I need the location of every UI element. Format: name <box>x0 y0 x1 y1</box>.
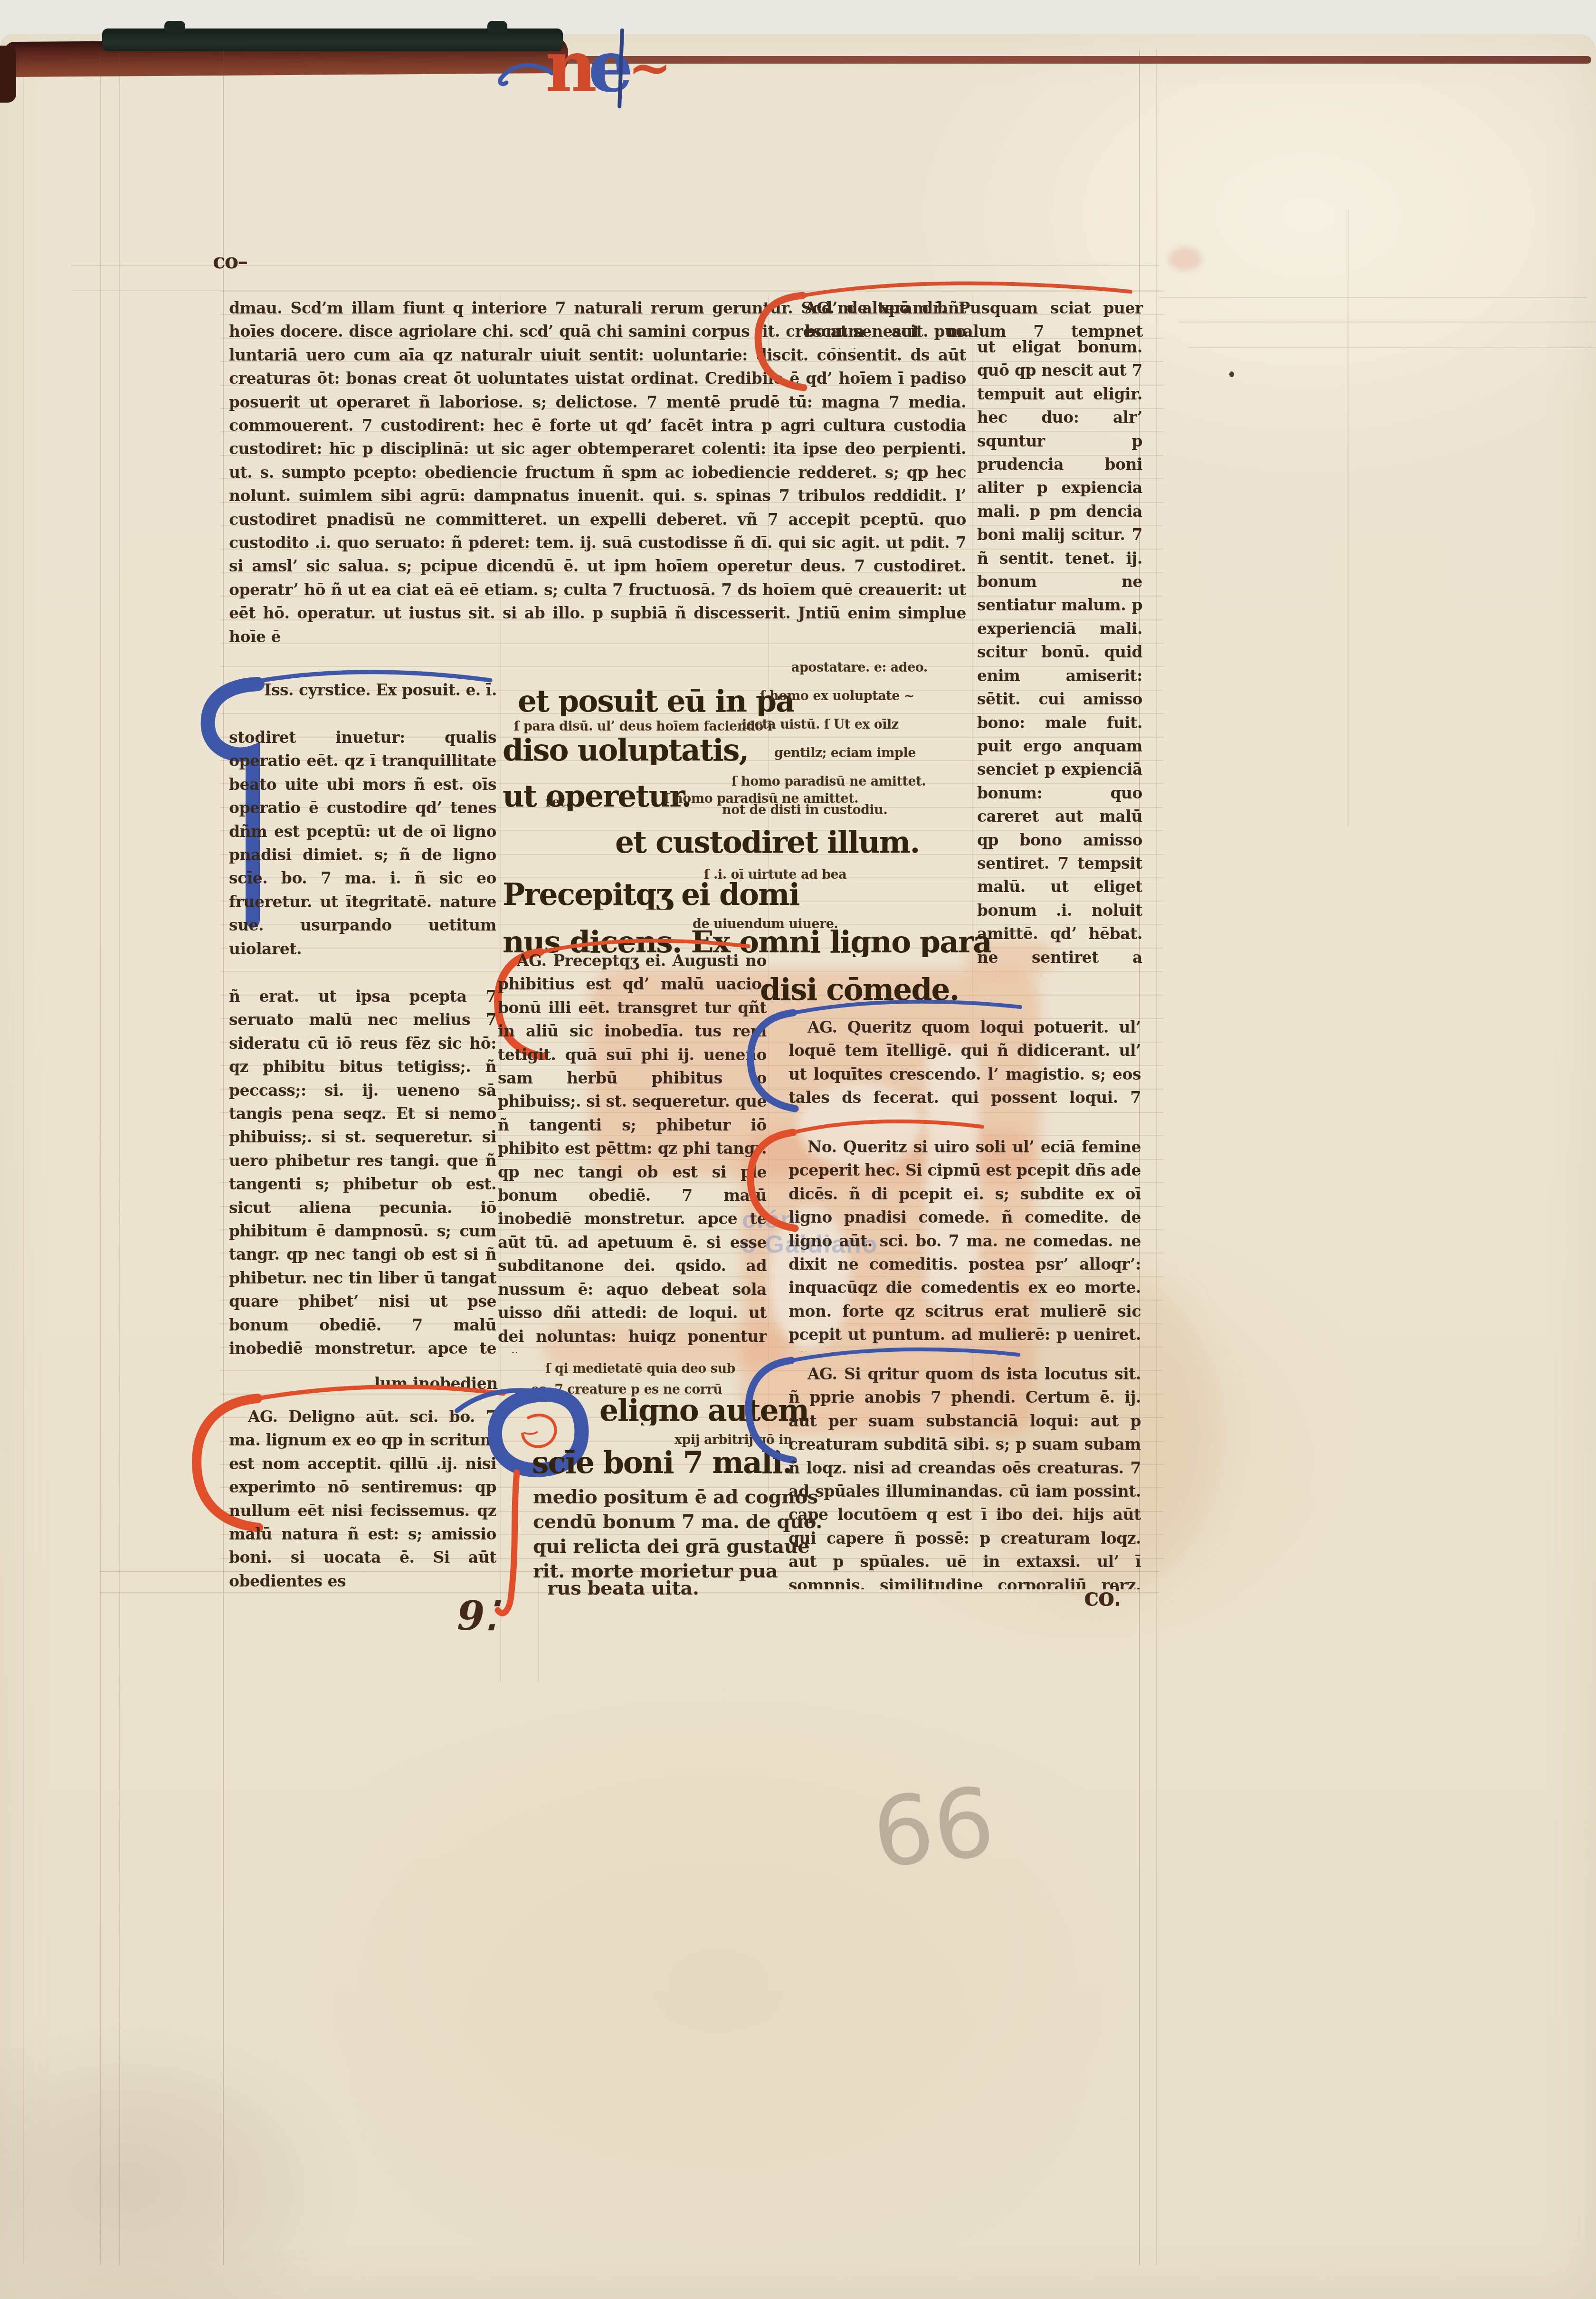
center-commentary: AG. Preceptqʒ ei. Augusti no phibitius e… <box>498 949 767 1353</box>
interlinear-gloss: apostatare. e: adeo. <box>791 661 928 674</box>
interlinear-gloss: ſ homo paradisū ne amittet. <box>731 775 926 788</box>
lemma-line-small: qui relicta dei grā gustaue <box>533 1535 809 1558</box>
interlinear-gloss: ſ .i. oī uirtute ad bea <box>704 868 846 881</box>
binding-nub-left <box>164 21 185 33</box>
lemma-line-small: cendū bonum 7 ma. de quo. <box>533 1510 822 1533</box>
frame-line <box>100 52 101 2265</box>
binding-edge-line <box>560 56 1591 64</box>
lemma-line-small: medio positum ē ad cognos <box>533 1486 818 1508</box>
interlinear-gloss: gentilz; eciam imple <box>774 747 916 760</box>
interlinear-gloss: not de disti in custodiu. <box>722 804 887 817</box>
frame-line <box>1348 209 1349 826</box>
frame-line <box>1187 347 1596 348</box>
lemma-line: et posuit eū in pa <box>518 686 794 716</box>
running-header-letter-blue: e <box>588 25 633 108</box>
frame-line <box>1178 322 1596 323</box>
running-header-flourish-right: ~ <box>628 37 672 98</box>
frame-line <box>223 50 224 2265</box>
left-column-paragraph-2: ñ erat. ut ipsa pcepta 7 seruato malū ne… <box>229 985 496 1365</box>
ink-fleck <box>1229 371 1234 377</box>
lemma-line-small: rus beata uita. <box>547 1577 699 1599</box>
interlinear-gloss: iecta uistū. ſ Ut ex oīlz <box>742 718 899 731</box>
pencil-folio-number: 66 <box>868 1767 999 1889</box>
frame-line <box>23 57 24 2265</box>
right-column-paragraph-3: No. Queritz si uiro soli ul’ eciā femine… <box>788 1135 1141 1351</box>
left-column-paragraph-1: stodiret inuetur: qualis operatio eēt. q… <box>229 726 496 985</box>
frame-line <box>1156 50 1157 2265</box>
quire-mark-top-left: co– <box>213 249 247 274</box>
lemma-line: ut operetur. <box>503 781 691 811</box>
frame-line <box>119 52 120 2265</box>
binding-left-tip <box>0 46 16 103</box>
marginal-narrow-column: ut eligat bonum. quō qp nescit aut 7 tem… <box>977 335 1142 974</box>
left-column-paragraph-1-first: Iss. cyrstice. Ex posuit. e. ī. pa. Ecce… <box>264 678 498 727</box>
lemma-line: et custodiret illum. <box>615 827 919 857</box>
frame-line <box>1159 297 1586 298</box>
right-column-paragraph-4: AG. Si qritur quom ds ista locutus sit. … <box>788 1362 1141 1589</box>
right-column-paragraph-2: AG. Queritz quom loqui potuerit. ul’ loq… <box>788 1016 1141 1111</box>
interlinear-gloss: ſ qi medietatē quia deo sub <box>545 1362 735 1375</box>
interlinear-gloss: ſ homo ex uoluptate ~ <box>760 690 914 703</box>
parchment-stain <box>1168 247 1202 271</box>
interlinear-gloss: ſ para disū. ul’ deus hoīem faciendo ī <box>514 720 772 733</box>
binding-nub-right <box>487 21 507 33</box>
lemma-line: diso uoluptatis, <box>503 735 748 765</box>
lemma-line: Precepitqʒ ei domi <box>503 880 799 910</box>
